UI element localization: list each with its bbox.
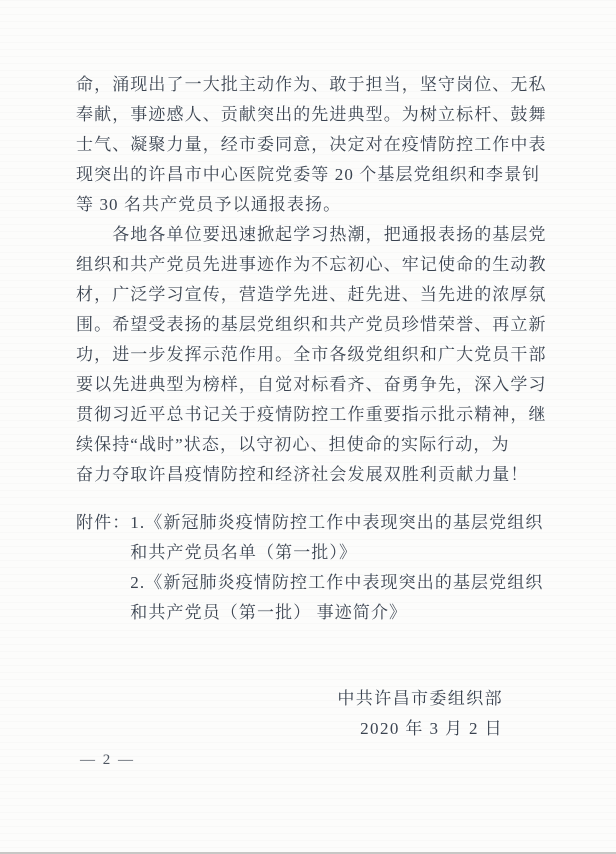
body-line: 贯彻习近平总书记关于疫情防控工作重要指示批示精神，继: [76, 400, 554, 430]
body-line: 现突出的许昌市中心医院党委等 20 个基层党组织和李景钊: [76, 160, 554, 190]
body-line: 功，进一步发挥示范作用。全市各级党组织和广大党员干部: [76, 340, 554, 370]
body-line: 材，广泛学习宣传，营造学先进、赶先进、当先进的浓厚氛: [76, 280, 554, 310]
signature-date: 2020 年 3 月 2 日: [0, 714, 503, 744]
signature-org: 中共许昌市委组织部: [0, 684, 503, 714]
attachment-line: 附件：1.《新冠肺炎疫情防控工作中表现突出的基层党组织: [76, 508, 566, 538]
scanned-document-page: 命，涌现出了一大批主动作为、敢于担当，坚守岗位、无私奉献，事迹感人、贡献突出的先…: [0, 0, 616, 854]
attachment-line: 和共产党员（第一批） 事迹简介》: [76, 598, 566, 628]
body-line: 要以先进典型为榜样，自觉对标看齐、奋勇争先，深入学习: [76, 370, 554, 400]
page-number: — 2 —: [80, 750, 135, 770]
attachment-list: 附件：1.《新冠肺炎疫情防控工作中表现突出的基层党组织 和共产党员名单（第一批）…: [76, 508, 566, 628]
body-line: 命，涌现出了一大批主动作为、敢于担当，坚守岗位、无私: [76, 70, 554, 100]
body-line: 士气、凝聚力量，经市委同意，决定对在疫情防控工作中表: [76, 130, 554, 160]
attachment-line: 和共产党员名单（第一批）》: [76, 538, 566, 568]
body-line: 奉献，事迹感人、贡献突出的先进典型。为树立标杆、鼓舞: [76, 100, 554, 130]
signature-block: 中共许昌市委组织部 2020 年 3 月 2 日: [0, 684, 616, 744]
attachment-line: 2.《新冠肺炎疫情防控工作中表现突出的基层党组织: [76, 568, 566, 598]
body-line: 各地各单位要迅速掀起学习热潮，把通报表扬的基层党: [76, 220, 554, 250]
body-line: 续保持“战时”状态，以守初心、担使命的实际行动，为: [76, 430, 554, 460]
document-body: 命，涌现出了一大批主动作为、敢于担当，坚守岗位、无私奉献，事迹感人、贡献突出的先…: [76, 70, 554, 490]
body-line: 围。希望受表扬的基层党组织和共产党员珍惜荣誉、再立新: [76, 310, 554, 340]
body-line: 组织和共产党员先进事迹作为不忘初心、牢记使命的生动教: [76, 250, 554, 280]
body-line: 等 30 名共产党员予以通报表扬。: [76, 190, 554, 220]
body-line: 奋力夺取许昌疫情防控和经济社会发展双胜利贡献力量！: [76, 460, 554, 490]
